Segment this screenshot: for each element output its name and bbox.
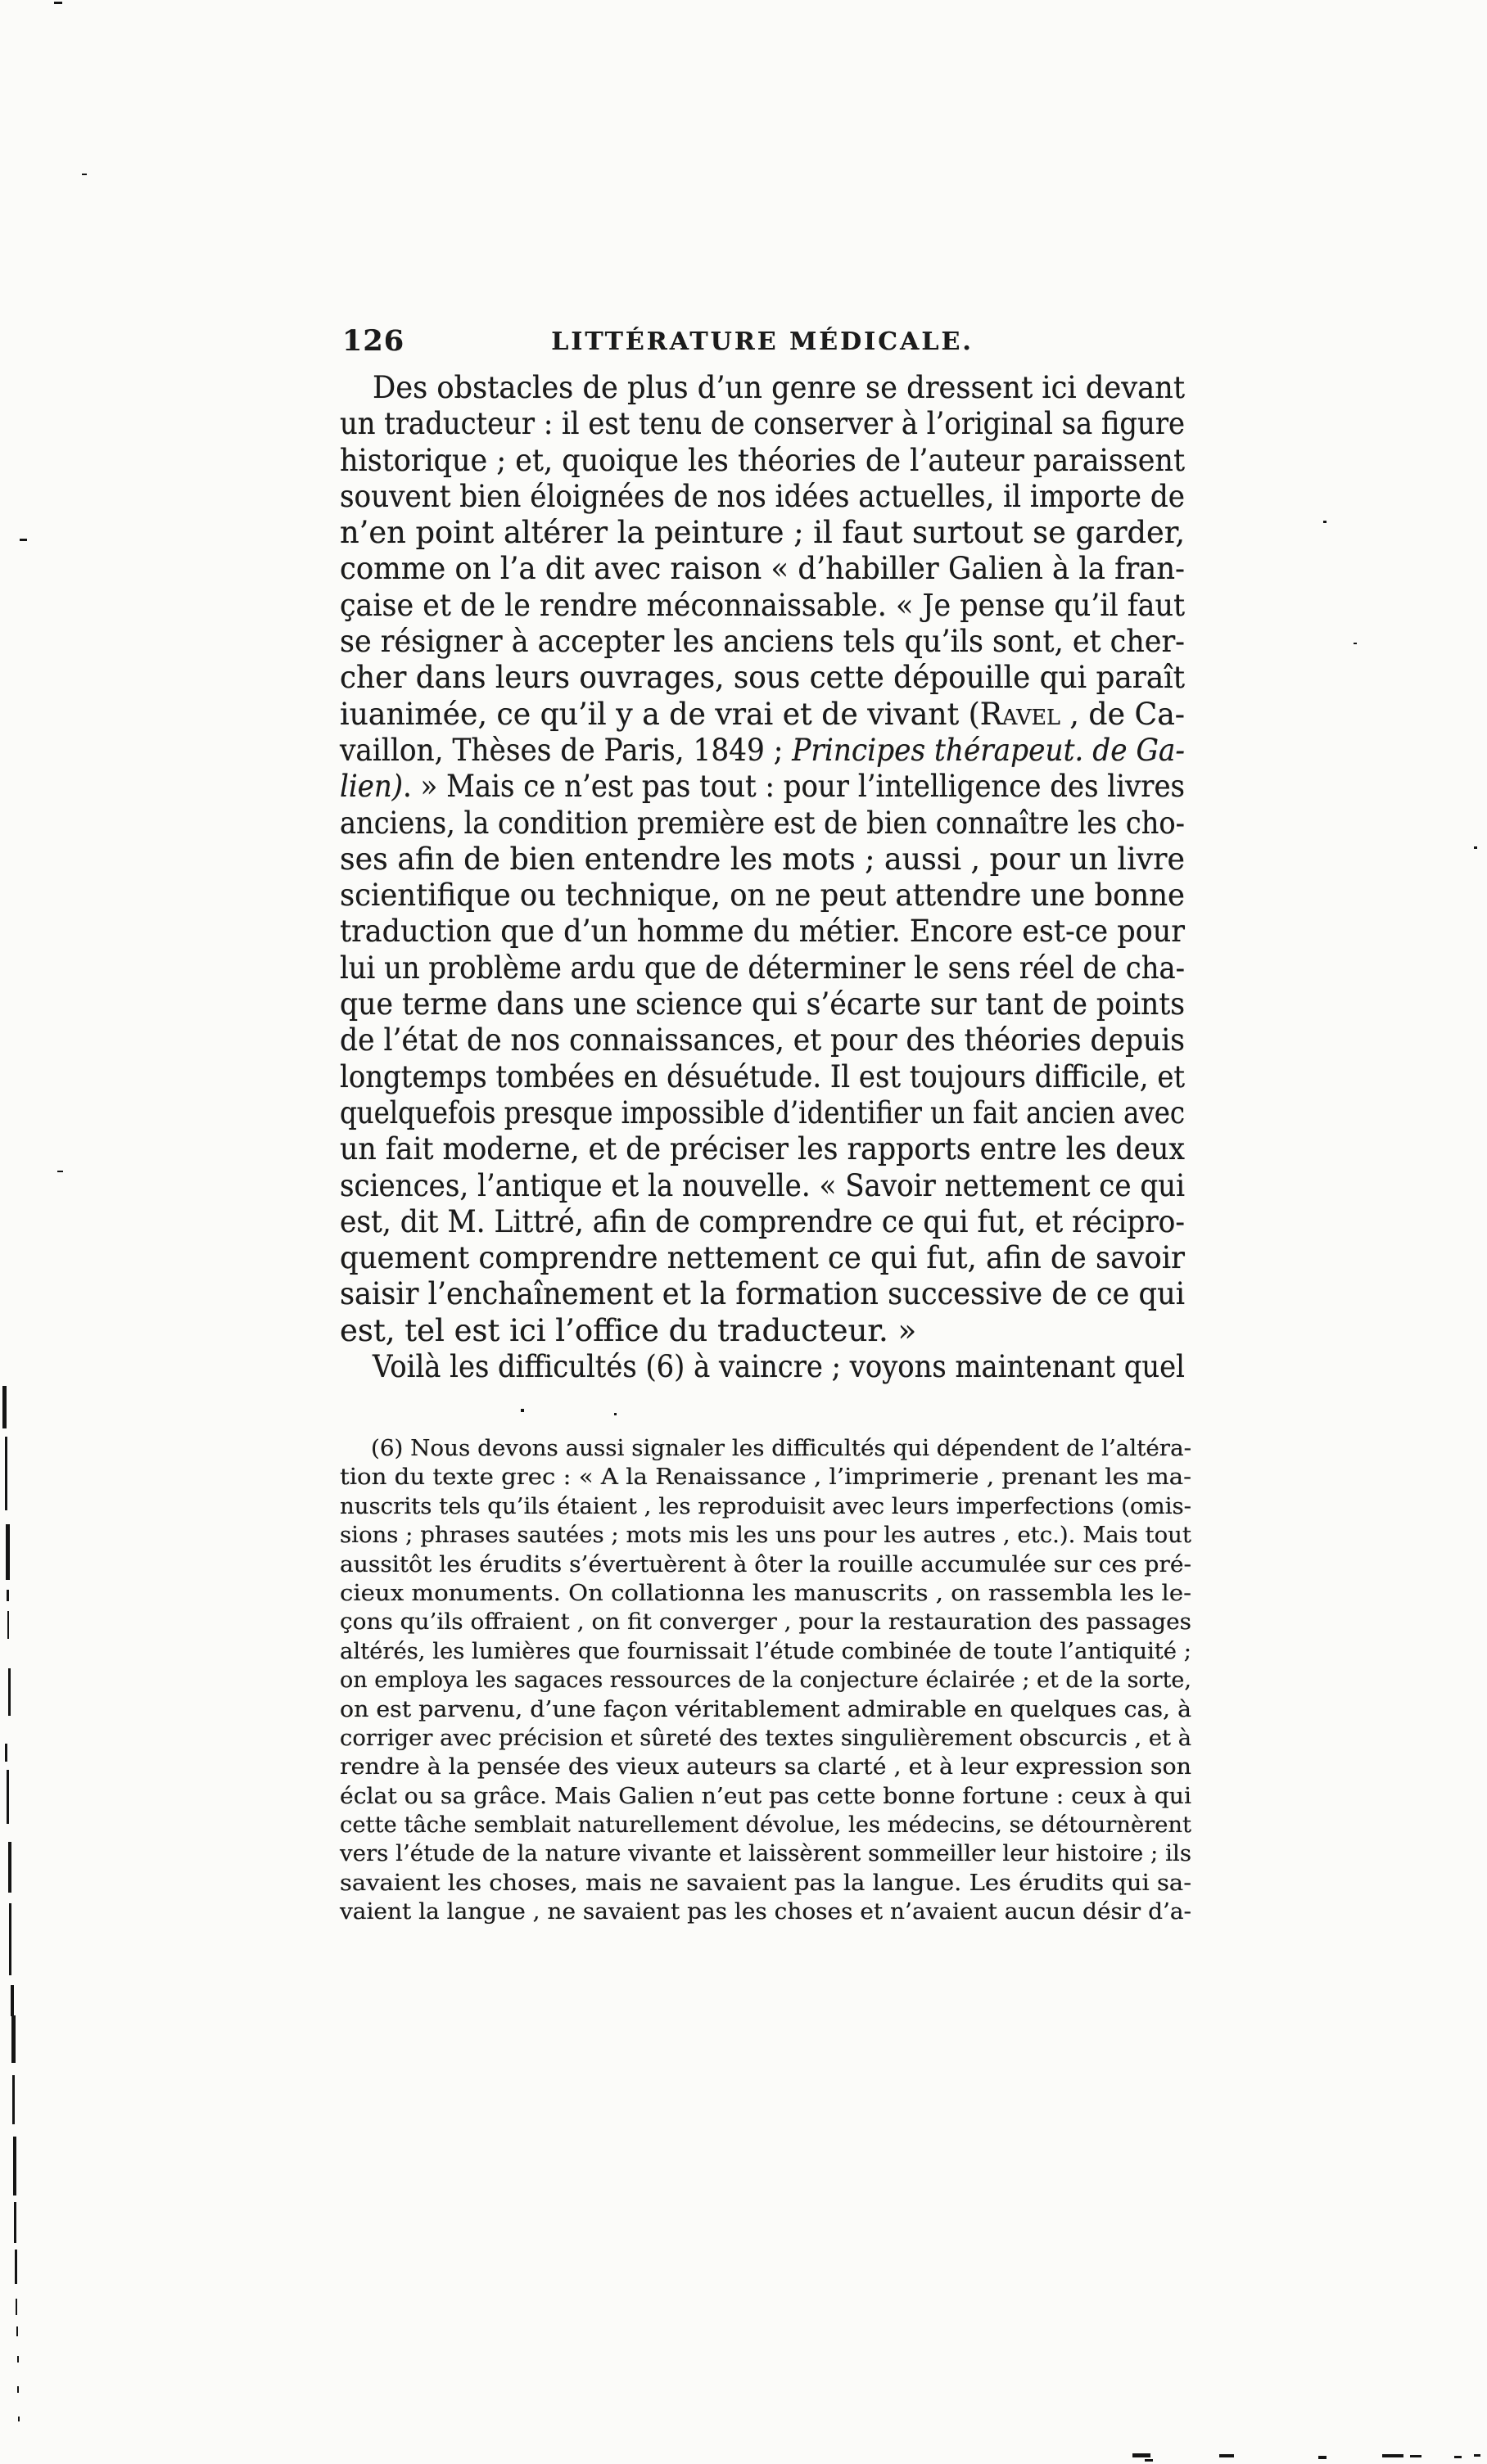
text-segment: , de Ca- — [1060, 697, 1185, 732]
text-line: comme on l’a dit avec raison « d’habille… — [340, 551, 1185, 587]
scan-artifact — [16, 2326, 18, 2336]
text-segment: saisir l’enchaînement et la formation su… — [340, 1276, 1185, 1311]
scan-artifact — [7, 1770, 9, 1824]
text-segment: ses afin de bien entendre les mots ; aus… — [340, 842, 1185, 877]
scan-artifact — [11, 2015, 16, 2063]
text-line: Voilà les difficultés (6) à vaincre ; vo… — [340, 1349, 1185, 1385]
scan-artifact — [8, 1842, 11, 1893]
text-segment: tion du texte grec : « A la Renaissance … — [340, 1464, 1191, 1490]
text-line: éclat ou sa grâce. Mais Galien n’eut pas… — [340, 1782, 1191, 1811]
text-line: souvent bien éloignées de nos idées actu… — [340, 479, 1185, 515]
text-segment: altérés, les lumières que fournissait l’… — [340, 1638, 1191, 1664]
page-header: 126 LITTÉRATURE MÉDICALE. — [340, 323, 1185, 362]
scan-artifact — [57, 1171, 63, 1172]
italic-text: lien) — [340, 769, 403, 804]
text-segment: scientifique ou technique, on ne peut at… — [340, 878, 1185, 913]
scan-artifact — [1145, 2459, 1153, 2462]
scan-artifact — [82, 174, 87, 175]
text-segment: comme on l’a dit avec raison « d’habille… — [340, 551, 1185, 586]
text-segment: on est parvenu, d’une façon véritablemen… — [340, 1696, 1191, 1722]
text-segment: Voilà les difficultés (6) à vaincre ; vo… — [373, 1349, 1185, 1384]
text-line: savaient les choses, mais ne savaient pa… — [340, 1869, 1191, 1898]
text-line: vers l’étude de la nature vivante et lai… — [340, 1839, 1191, 1868]
text-line: corriger avec précision et sûreté des te… — [340, 1724, 1191, 1753]
text-line: ses afin de bien entendre les mots ; aus… — [340, 842, 1185, 878]
scan-artifact — [20, 539, 27, 541]
text-segment: quement comprendre nettement ce qui fut,… — [340, 1240, 1185, 1275]
scan-artifact — [16, 2299, 17, 2315]
scan-artifact — [1323, 521, 1327, 523]
scan-artifact — [18, 2417, 20, 2421]
smallcaps-text: Ravel — [980, 697, 1060, 732]
text-segment: est, tel est ici l’office du traducteur.… — [340, 1313, 916, 1348]
text-segment: vers l’étude de la nature vivante et lai… — [340, 1840, 1191, 1866]
scan-artifact — [1318, 2456, 1327, 2459]
text-segment: nuscrits tels qu’ils étaient , les repro… — [340, 1493, 1191, 1519]
text-line: est, dit M. Littré, afin de comprendre c… — [340, 1204, 1185, 1240]
text-segment: sions ; phrases sautées ; mots mis les u… — [340, 1522, 1191, 1548]
main-text: Des obstacles de plus d’un genre se dres… — [340, 370, 1185, 1385]
scan-artifact — [54, 2, 62, 4]
text-line: se résigner à accepter les anciens tels … — [340, 624, 1185, 660]
text-line: tion du texte grec : « A la Renaissance … — [340, 1463, 1191, 1491]
text-segment: n’en point altérer la peinture ; il faut… — [340, 515, 1185, 550]
text-line: est, tel est ici l’office du traducteur.… — [340, 1313, 1185, 1349]
text-line: aussitôt les érudits s’évertuèrent à ôte… — [340, 1550, 1191, 1579]
scan-artifact — [7, 1590, 9, 1601]
scan-artifact — [6, 1524, 10, 1580]
text-segment: cieux monuments. On collationna les manu… — [340, 1580, 1191, 1606]
text-line: vaient la langue , ne savaient pas les c… — [340, 1898, 1191, 1926]
scan-artifact — [7, 1611, 9, 1639]
text-segment: souvent bien éloignées de nos idées actu… — [340, 479, 1185, 514]
text-line: altérés, les lumières que fournissait l’… — [340, 1637, 1191, 1666]
scan-artifact — [1354, 643, 1357, 644]
text-segment: vaillon, Thèses de Paris, 1849 ; — [340, 733, 792, 768]
text-line: rendre à la pensée des vieux auteurs sa … — [340, 1753, 1191, 1781]
scan-artifact — [17, 2386, 19, 2393]
scan-artifact — [5, 1437, 7, 1510]
scan-artifact — [1410, 2455, 1421, 2457]
text-line: longtemps tombées en désuétude. Il est t… — [340, 1059, 1185, 1095]
text-segment: savaient les choses, mais ne savaient pa… — [340, 1870, 1191, 1896]
scan-artifact — [5, 1744, 7, 1762]
text-line: sions ; phrases sautées ; mots mis les u… — [340, 1521, 1191, 1550]
text-segment: (6) Nous devons aussi signaler les diffi… — [371, 1435, 1191, 1461]
scan-artifact — [1474, 846, 1477, 849]
text-segment: cette tâche semblait naturellement dévol… — [340, 1812, 1191, 1838]
text-line: (6) Nous devons aussi signaler les diffi… — [340, 1434, 1191, 1463]
text-line: vaillon, Thèses de Paris, 1849 ; Princip… — [340, 733, 1185, 769]
text-segment: sciences, l’antique et la nouvelle. « Sa… — [340, 1168, 1185, 1203]
text-line: lien). » Mais ce n’est pas tout : pour l… — [340, 769, 1185, 805]
text-line: cher dans leurs ouvrages, sous cette dép… — [340, 660, 1185, 696]
scan-artifact — [1474, 2454, 1480, 2457]
text-segment: longtemps tombées en désuétude. Il est t… — [340, 1059, 1185, 1094]
text-segment: de l’état de nos connaissances, et pour … — [340, 1022, 1185, 1058]
scan-artifact — [1454, 2456, 1462, 2458]
text-segment: lui un problème ardu que de déterminer l… — [340, 950, 1185, 986]
scan-artifact — [12, 2075, 15, 2124]
footnote-text: (6) Nous devons aussi signaler les diffi… — [340, 1434, 1191, 1927]
running-header: LITTÉRATURE MÉDICALE. — [340, 327, 1185, 356]
scan-artifact — [521, 1409, 524, 1412]
text-segment: cher dans leurs ouvrages, sous cette dép… — [340, 660, 1185, 695]
text-segment: traduction que d’un homme du métier. Enc… — [340, 914, 1185, 949]
text-segment: . » Mais ce n’est pas tout : pour l’inte… — [403, 769, 1185, 804]
text-segment: on employa les sagaces ressources de la … — [340, 1667, 1191, 1693]
text-line: historique ; et, quoique les théories de… — [340, 443, 1185, 479]
text-line: iuanimée, ce qu’il y a de vrai et de viv… — [340, 697, 1185, 733]
scanned-book-page: 126 LITTÉRATURE MÉDICALE. Des obstacles … — [0, 0, 1487, 2464]
text-segment: corriger avec précision et sûreté des te… — [340, 1725, 1191, 1751]
text-line: scientifique ou technique, on ne peut at… — [340, 878, 1185, 914]
scan-artifact — [1382, 2454, 1403, 2457]
text-segment: un traducteur : il est tenu de conserver… — [340, 406, 1185, 441]
text-segment: éclat ou sa grâce. Mais Galien n’eut pas… — [340, 1783, 1191, 1809]
scan-artifact — [11, 1985, 14, 2016]
text-line: un traducteur : il est tenu de conserver… — [340, 406, 1185, 442]
text-segment: quelquefois presque impossible d’identif… — [340, 1095, 1185, 1130]
scan-artifact — [13, 2137, 16, 2195]
text-segment: çaise et de le rendre méconnaissable. « … — [340, 588, 1185, 623]
text-segment: çons qu’ils offraient , on fit converger… — [340, 1609, 1191, 1635]
scan-artifact — [1219, 2454, 1234, 2457]
text-line: on est parvenu, d’une façon véritablemen… — [340, 1695, 1191, 1724]
text-line: cieux monuments. On collationna les manu… — [340, 1579, 1191, 1608]
scan-artifact — [14, 2202, 16, 2243]
text-line: de l’état de nos connaissances, et pour … — [340, 1022, 1185, 1058]
text-segment: se résigner à accepter les anciens tels … — [340, 624, 1185, 659]
scan-artifact — [8, 1668, 11, 1716]
text-segment: iuanimée, ce qu’il y a de vrai et de viv… — [340, 697, 980, 732]
text-segment: anciens, la condition première est de bi… — [340, 806, 1185, 841]
text-line: sciences, l’antique et la nouvelle. « Sa… — [340, 1168, 1185, 1204]
text-line: quelquefois presque impossible d’identif… — [340, 1095, 1185, 1131]
scan-artifact — [9, 1903, 11, 1975]
text-segment: un fait moderne, et de préciser les rapp… — [340, 1131, 1185, 1167]
text-line: un fait moderne, et de préciser les rapp… — [340, 1131, 1185, 1167]
text-line: quement comprendre nettement ce qui fut,… — [340, 1240, 1185, 1276]
text-segment: est, dit M. Littré, afin de comprendre c… — [340, 1204, 1185, 1239]
text-segment: rendre à la pensée des vieux auteurs sa … — [340, 1753, 1191, 1780]
text-line: çaise et de le rendre méconnaissable. « … — [340, 588, 1185, 624]
text-line: n’en point altérer la peinture ; il faut… — [340, 515, 1185, 551]
text-segment: Des obstacles de plus d’un genre se dres… — [373, 370, 1185, 405]
text-line: cette tâche semblait naturellement dévol… — [340, 1811, 1191, 1839]
text-line: lui un problème ardu que de déterminer l… — [340, 950, 1185, 986]
text-line: nuscrits tels qu’ils étaient , les repro… — [340, 1492, 1191, 1521]
scan-artifact — [1132, 2453, 1150, 2457]
text-segment: vaient la langue , ne savaient pas les c… — [340, 1898, 1191, 1925]
scan-artifact — [15, 2250, 17, 2284]
text-line: que terme dans une science qui s’écarte … — [340, 986, 1185, 1022]
text-line: Des obstacles de plus d’un genre se dres… — [340, 370, 1185, 406]
scan-artifact — [614, 1413, 617, 1415]
scan-artifact — [2, 1386, 7, 1428]
text-segment: aussitôt les érudits s’évertuèrent à ôte… — [340, 1551, 1191, 1577]
scan-artifact — [17, 2356, 19, 2362]
text-segment: que terme dans une science qui s’écarte … — [340, 986, 1185, 1022]
text-line: saisir l’enchaînement et la formation su… — [340, 1276, 1185, 1312]
text-line: traduction que d’un homme du métier. Enc… — [340, 914, 1185, 950]
text-line: çons qu’ils offraient , on fit converger… — [340, 1608, 1191, 1636]
italic-text: Principes thérapeut. de Ga- — [792, 733, 1185, 768]
text-segment: historique ; et, quoique les théories de… — [340, 443, 1185, 478]
text-line: anciens, la condition première est de bi… — [340, 806, 1185, 842]
text-line: on employa les sagaces ressources de la … — [340, 1666, 1191, 1695]
